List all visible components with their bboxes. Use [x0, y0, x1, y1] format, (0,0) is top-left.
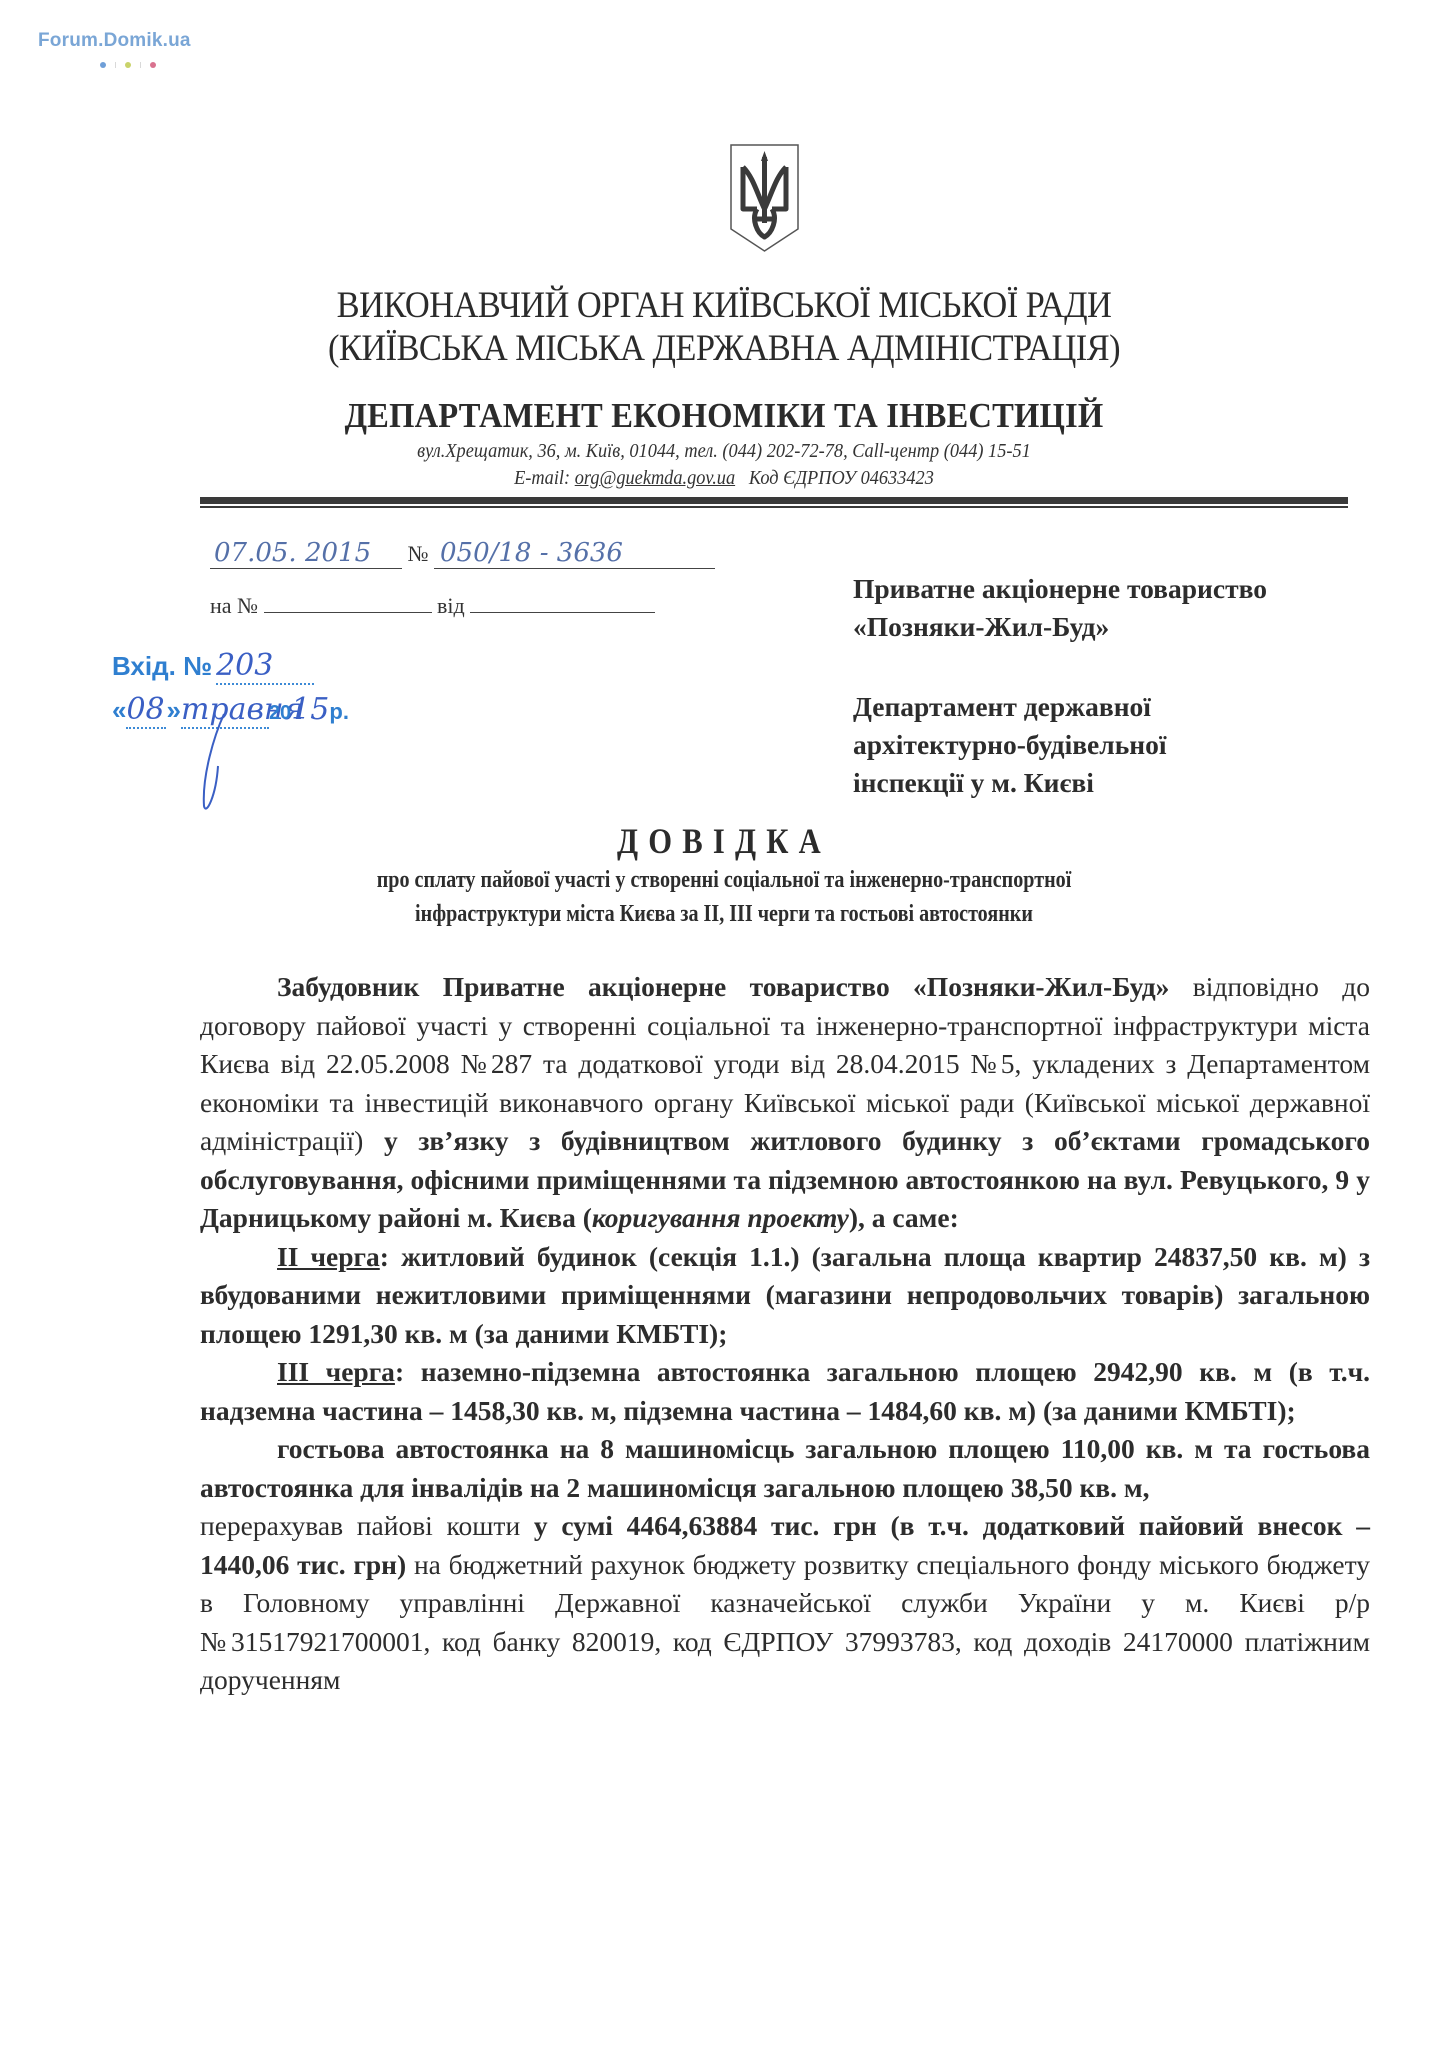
recipient-1-line1: Приватне акціонерне товариство	[853, 570, 1267, 608]
watermark-dots	[100, 61, 156, 69]
stamp-year-suffix: 15	[291, 692, 329, 727]
body-paragraph-stage-3: ІІІ черга: наземно-підземна автостоянка …	[200, 1353, 1370, 1430]
project-correction-note: коригування проекту	[592, 1202, 849, 1233]
edrpou-code: Код ЄДРПОУ 04633423	[749, 468, 934, 489]
address-line: вул.Хрещатик, 36, м. Київ, 01044, тел. (…	[43, 441, 1404, 463]
recipient-2: Департамент державної архітектурно-будів…	[853, 688, 1166, 802]
header-divider-thin	[200, 506, 1348, 508]
divider	[140, 62, 141, 68]
stamp-year-label: р.	[329, 699, 349, 724]
document-title: ДОВІДКА	[109, 820, 1340, 862]
document-subtitle-line2: інфраструктури міста Києва за ІІ, ІІІ че…	[130, 900, 1317, 928]
recipient-1: Приватне акціонерне товариство «Позняки-…	[853, 570, 1267, 646]
watermark-dot-green	[125, 62, 131, 68]
org-name-line2: (КИЇВСЬКА МІСЬКА ДЕРЖАВНА АДМІНІСТРАЦІЯ)	[51, 327, 1398, 370]
reply-to-number-field	[264, 592, 432, 613]
stamp-day: 08	[126, 692, 164, 727]
outgoing-ref-line: 07.05. 2015 № 050/18 - 3636	[210, 538, 715, 569]
body-paragraph-guest-parking: гостьова автостоянка на 8 машиномісць за…	[200, 1430, 1370, 1507]
contact-line: E-mail: org@guekmda.gov.ua Код ЄДРПОУ 04…	[43, 468, 1404, 490]
incoming-stamp: Вхід. № 203 «08»травня2015р.	[112, 648, 349, 729]
stamp-incoming-number: 203	[216, 648, 273, 683]
watermark-dot-blue	[100, 62, 106, 68]
reply-ref-line: на № від	[210, 592, 655, 619]
reply-to-label: на №	[210, 593, 258, 618]
stamp-year-prefix: 20	[269, 702, 291, 724]
watermark-logo: Forum.Domik.ua	[38, 30, 191, 52]
email-label: E-mail:	[514, 468, 570, 489]
payment-text: перерахував пайові кошти	[200, 1510, 534, 1541]
org-name-line1: ВИКОНАВЧИЙ ОРГАН КИЇВСЬКОЇ МІСЬКОЇ РАДИ	[51, 284, 1398, 327]
email-link[interactable]: org@guekmda.gov.ua	[575, 468, 735, 489]
stage-3-label: ІІІ черга	[277, 1356, 395, 1387]
reply-to-date-field	[470, 592, 655, 613]
document-subtitle-line1: про сплату пайової участі у створенні со…	[130, 866, 1317, 894]
divider	[115, 62, 116, 68]
header-divider-thick	[200, 497, 1348, 504]
recipient-1-line2: «Позняки-Жил-Буд»	[853, 608, 1267, 646]
stamp-incoming-label: Вхід. №	[112, 651, 212, 681]
paren: (	[576, 1202, 592, 1233]
body-paragraph-stage-2: ІІ черга: житловий будинок (секція 1.1.)…	[200, 1238, 1370, 1354]
number-sign: №	[408, 541, 429, 566]
document-body: Забудовник Приватне акціонерне товариств…	[200, 968, 1370, 1700]
outgoing-number: 050/18 - 3636	[434, 538, 715, 569]
stamp-quote: »	[166, 695, 180, 725]
trident-coat-of-arms-icon	[727, 137, 802, 257]
developer-name: Забудовник Приватне акціонерне товариств…	[277, 971, 1169, 1002]
colon: :	[380, 1241, 389, 1272]
recipient-2-line1: Департамент державної	[853, 688, 1166, 726]
stamp-quote: «	[112, 695, 126, 725]
body-paragraph-payment: перерахував пайові кошти у сумі 4464,638…	[200, 1507, 1370, 1700]
from-label: від	[437, 593, 465, 618]
recipient-2-line2: архітектурно-будівельної	[853, 726, 1166, 764]
paren: ), а саме:	[849, 1202, 959, 1233]
body-paragraph-intro: Забудовник Приватне акціонерне товариств…	[200, 968, 1370, 1238]
outgoing-date: 07.05. 2015	[210, 538, 402, 569]
signature-stroke	[194, 706, 234, 816]
stage-2-label: ІІ черга	[277, 1241, 380, 1272]
recipient-2-line3: інспекції у м. Києві	[853, 764, 1166, 802]
watermark-dot-pink	[150, 62, 156, 68]
department-name: ДЕПАРТАМЕНТ ЕКОНОМІКИ ТА ІНВЕСТИЦІЙ	[51, 396, 1398, 436]
colon: :	[395, 1356, 404, 1387]
